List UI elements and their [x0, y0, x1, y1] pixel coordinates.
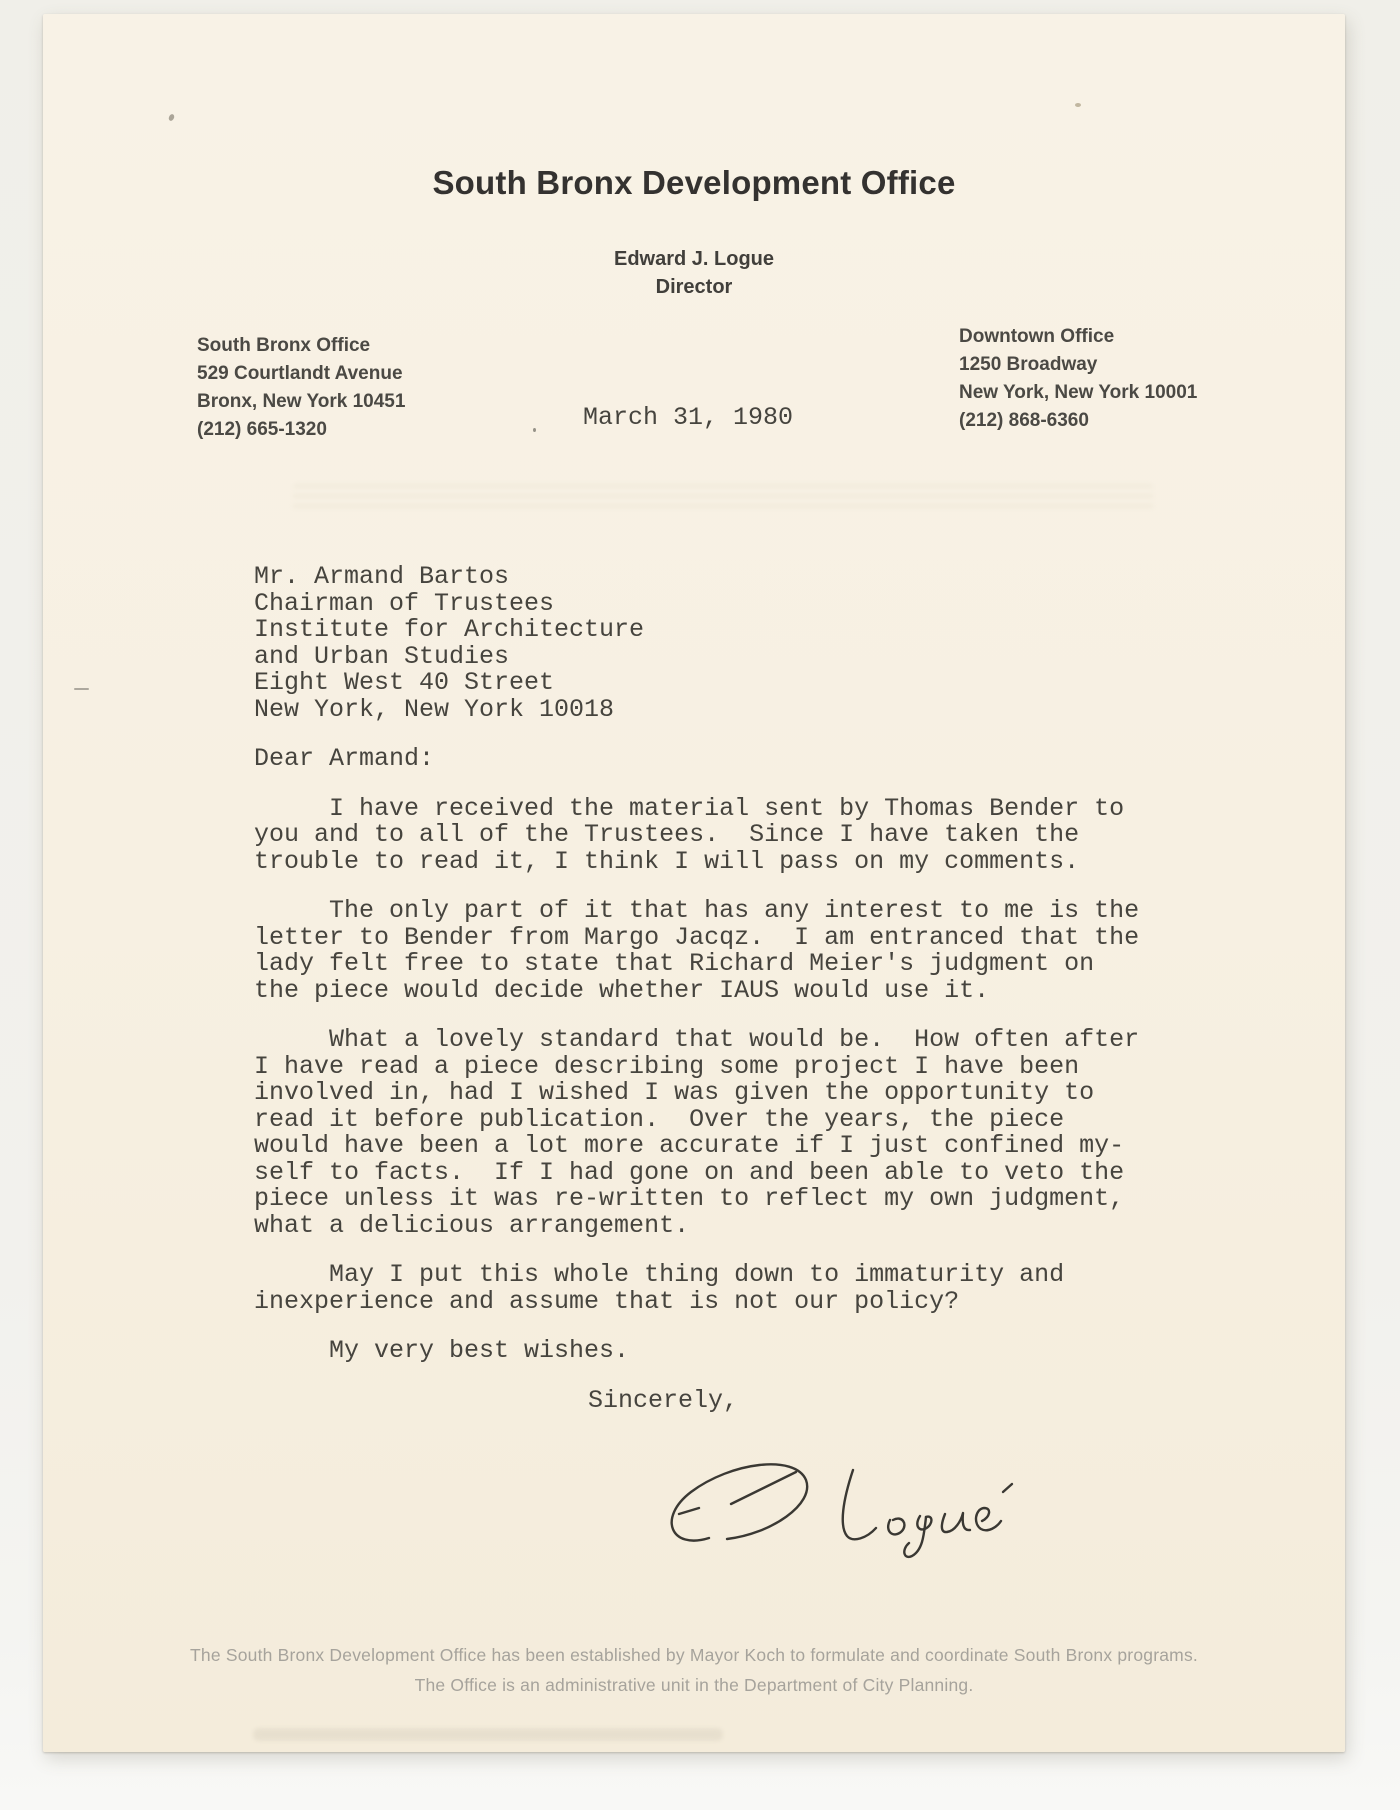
- office-city: New York, New York 10001: [959, 379, 1197, 407]
- office-address: 529 Courtlandt Avenue: [197, 360, 405, 388]
- paragraph-3: What a lovely standard that would be. Ho…: [254, 1027, 1254, 1239]
- closing: Sincerely,: [588, 1388, 1254, 1415]
- salutation: Dear Armand:: [254, 746, 1254, 773]
- scan-speck: [74, 688, 89, 690]
- letter-paper: South Bronx Development Office Edward J.…: [43, 14, 1345, 1752]
- paragraph-4: May I put this whole thing down to immat…: [254, 1262, 1254, 1315]
- downtown-office-block: Downtown Office 1250 Broadway New York, …: [959, 323, 1197, 435]
- footer-line-1: The South Bronx Development Office has b…: [43, 1640, 1345, 1670]
- office-phone: (212) 665-1320: [197, 416, 405, 444]
- signature-strokes: [643, 1442, 1023, 1582]
- letterhead-footer: The South Bronx Development Office has b…: [43, 1640, 1345, 1700]
- scanned-letter-page: { "colors": { "background": "#f2f1ed", "…: [0, 0, 1400, 1810]
- scan-bleedthrough-mark: [253, 1728, 723, 1741]
- signature-handwriting: ED Logue: [643, 1442, 1023, 1582]
- letter-date: March 31, 1980: [583, 403, 793, 432]
- scan-speck: [168, 113, 175, 121]
- paragraph-2: The only part of it that has any interes…: [254, 898, 1254, 1004]
- director-name: Edward J. Logue: [43, 245, 1345, 273]
- scan-bleedthrough-band: [293, 484, 1153, 510]
- director-title: Director: [43, 273, 1345, 301]
- paragraph-1: I have received the material sent by Tho…: [254, 796, 1254, 876]
- letterhead-director-block: Edward J. Logue Director: [43, 245, 1345, 301]
- office-city: Bronx, New York 10451: [197, 388, 405, 416]
- office-address: 1250 Broadway: [959, 351, 1197, 379]
- paragraph-5: My very best wishes.: [254, 1338, 1254, 1365]
- office-name: Downtown Office: [959, 323, 1197, 351]
- scan-speck: [533, 428, 536, 432]
- scan-speck: [1075, 103, 1081, 107]
- letterhead-title: South Bronx Development Office: [43, 164, 1345, 202]
- south-bronx-office-block: South Bronx Office 529 Courtlandt Avenue…: [197, 332, 405, 444]
- footer-line-2: The Office is an administrative unit in …: [43, 1670, 1345, 1700]
- office-phone: (212) 868-6360: [959, 407, 1197, 435]
- recipient-address: Mr. Armand Bartos Chairman of Trustees I…: [254, 564, 1254, 723]
- office-name: South Bronx Office: [197, 332, 405, 360]
- letter-body: Mr. Armand Bartos Chairman of Trustees I…: [254, 564, 1254, 1437]
